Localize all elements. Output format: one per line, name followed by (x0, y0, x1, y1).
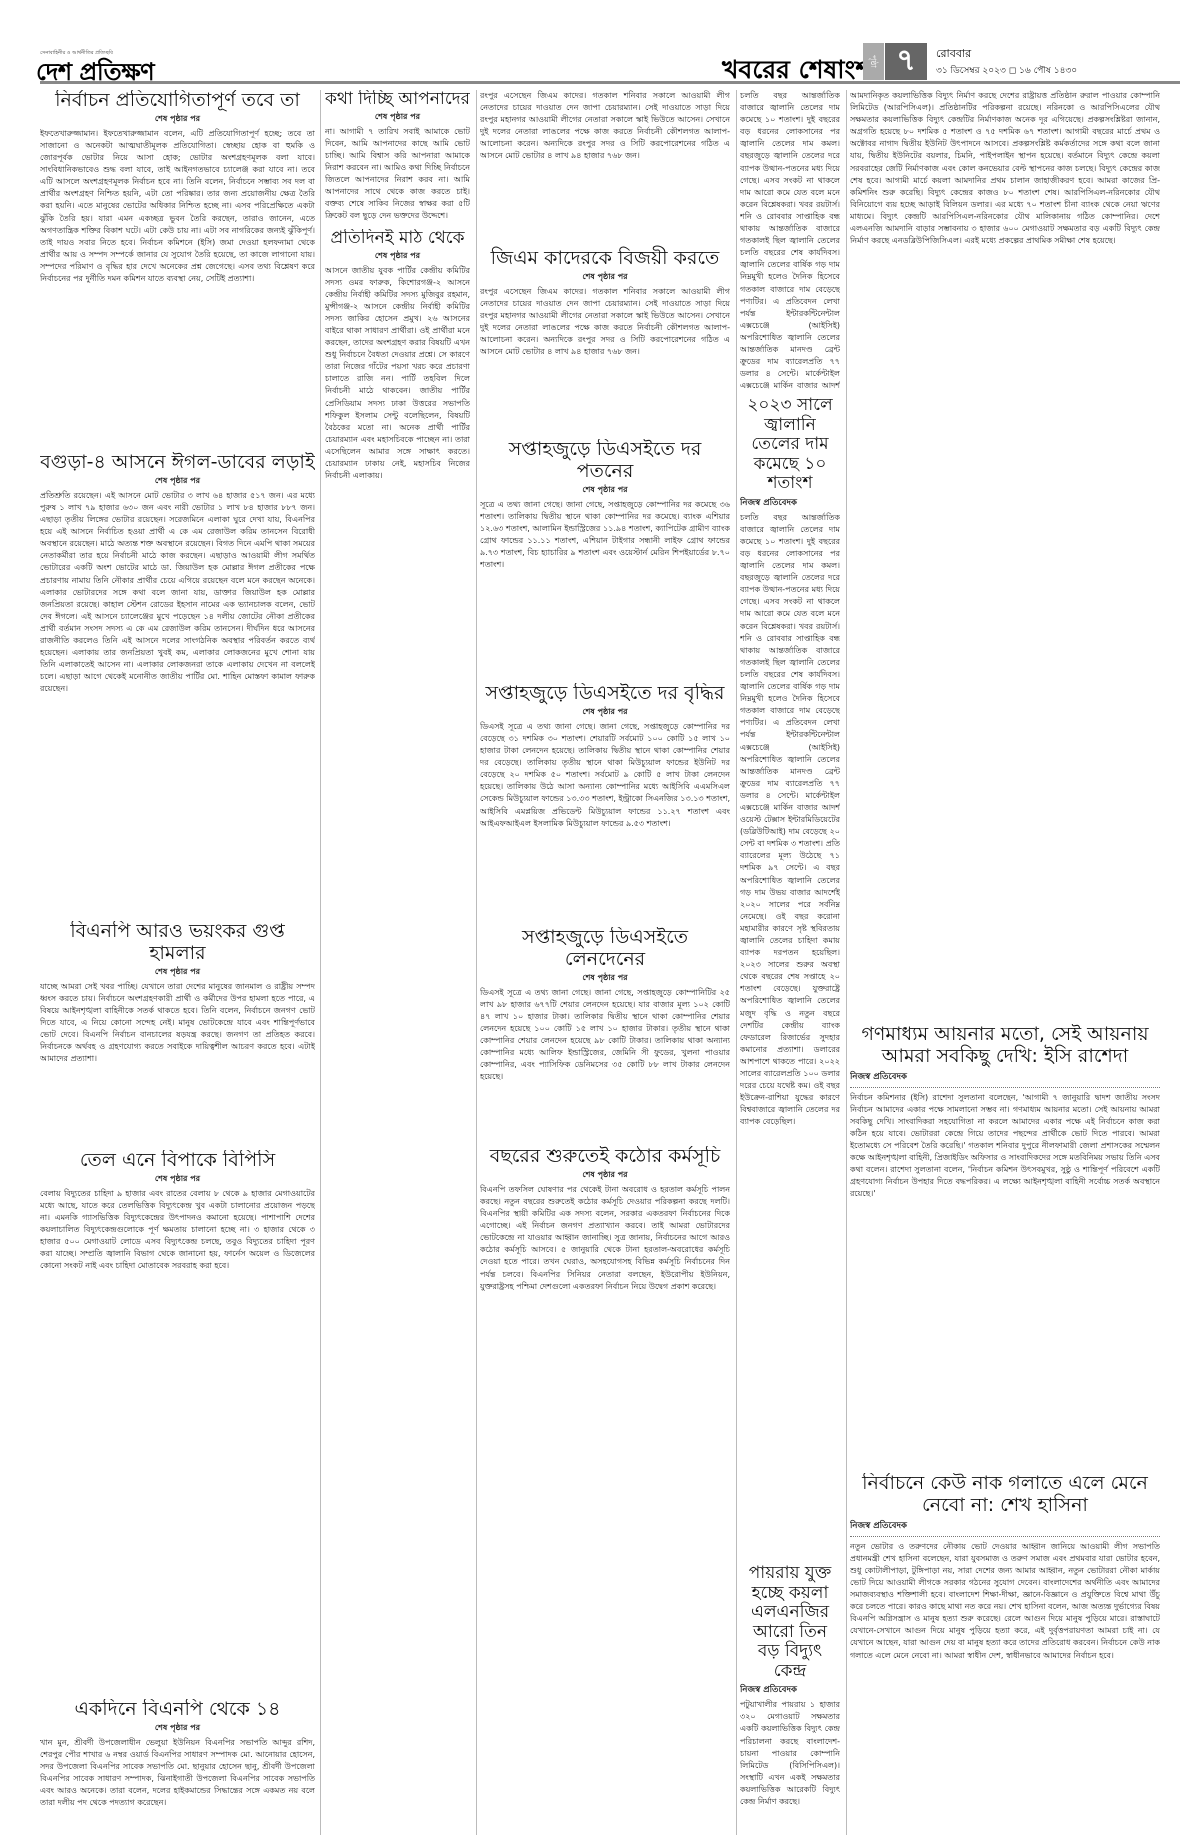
article-protidin[interactable]: প্রতিদিনই মাঠ থেকে শেষ পৃষ্ঠার পর আসনে জ… (325, 229, 470, 1829)
article-body-lead: চলতি বছর আন্তর্জাতিক বাজারে জ্বালানি তেল… (740, 90, 840, 390)
page-label: পৃষ্ঠা (863, 43, 884, 80)
dotted-divider (850, 1536, 1160, 1537)
continued-label: শেষ পৃষ্ঠার পর (325, 111, 470, 124)
column-2: কথা দিচ্ছি আপনাদের শেষ পৃষ্ঠার পর না। আগ… (325, 90, 470, 1835)
article-dse-lenden[interactable]: সপ্তাহজুড়ে ডিএসইতে লেনদেনের শেষ পৃষ্ঠার… (480, 927, 730, 1142)
headline[interactable]: একদিনে বিএনপি থেকে ১৪ (40, 1699, 315, 1721)
continued-label: শেষ পৃষ্ঠার পর (480, 271, 730, 284)
headline[interactable]: পায়রায় যুক্ত হচ্ছে কয়লা এলএনজির আরো ত… (740, 1564, 840, 1681)
headline[interactable]: বিএনপি আরও ভয়ংকর গুপ্ত হামলার (40, 921, 315, 965)
section-title: খবরের শেষাংশ (722, 50, 870, 93)
article-body: যাচ্ছে আমরা সেই খবর পাচ্ছি। যেখানে তারা … (40, 981, 315, 1066)
continued-label: শেষ পৃষ্ঠার পর (480, 706, 730, 719)
continued-label: শেষ পৃষ্ঠার পর (40, 1722, 315, 1735)
article-body: প্রতিশ্রুতি রয়েছেন। এই আসনে মোট ভোটার ৩… (40, 490, 315, 696)
page-number: ৭ (885, 43, 927, 80)
article-jalani[interactable]: চলতি বছর আন্তর্জাতিক বাজারে জ্বালানি তেল… (740, 90, 840, 1560)
publication-day: রোববার (936, 45, 971, 64)
headline[interactable]: কথা দিচ্ছি আপনাদের (325, 90, 470, 110)
article-nirbachon[interactable]: নির্বাচন প্রতিযোগিতাপূর্ণ তবে তা শেষ পৃষ… (40, 90, 315, 450)
article-body: সূত্রে এ তথ্য জানা গেছে। জানা গেছে, সপ্ত… (480, 499, 730, 572)
article-body: নতুন ভোটার ও তরুণদের নৌকায় ভোট দেওয়ার … (850, 1541, 1160, 1662)
column-divider (476, 90, 477, 1835)
column-divider (320, 90, 321, 1835)
continued-label: শেষ পৃষ্ঠার পর (480, 972, 730, 985)
headline[interactable]: সপ্তাহজুড়ে ডিএসইতে লেনদেনের (480, 927, 730, 971)
dotted-divider (850, 1087, 1160, 1088)
continued-label: শেষ পৃষ্ঠার পর (480, 484, 730, 497)
article-body: নির্বাচন কমিশনার (ইসি) রাশেদা সুলতানা বল… (850, 1092, 1160, 1201)
headline[interactable]: গণমাধ্যম আয়নার মতো, সেই আয়নায় আমরা সব… (850, 1024, 1160, 1068)
article-body: ইফতেখারুজ্জামান। ইফতেখারুজ্জামান বলেন, এ… (40, 128, 315, 285)
column-4: চলতি বছর আন্তর্জাতিক বাজারে জ্বালানি তেল… (740, 90, 840, 1835)
continued-label: শেষ পৃষ্ঠার পর (480, 1169, 730, 1182)
article-body: আসনে জাতীয় যুবক পার্টির কেন্দ্রীয় কমিট… (325, 265, 470, 483)
headline[interactable]: সপ্তাহজুড়ে ডিএসইতে দর পতনের (480, 439, 730, 483)
continued-label: শেষ পৃষ্ঠার পর (40, 113, 315, 126)
headline[interactable]: নির্বাচন প্রতিযোগিতাপূর্ণ তবে তা (40, 90, 315, 112)
article-payra-continued[interactable]: আমদানিকৃত কয়লাভিত্তিক বিদ্যুৎ নির্মাণ ক… (850, 90, 1160, 1020)
headline[interactable]: বগুড়া-৪ আসনে ঈগল-ডাবের লড়াই (40, 452, 315, 474)
newspaper-logo[interactable]: দেশ প্রতিক্ষণ (36, 54, 154, 94)
article-body-cont: রংপুর এসেছেন জিএম কাদের। গতকাল শনিবার সক… (480, 90, 730, 240)
headline[interactable]: প্রতিদিনই মাঠ থেকে (325, 229, 470, 249)
column-1: নির্বাচন প্রতিযোগিতাপূর্ণ তবে তা শেষ পৃষ… (40, 90, 315, 1835)
article-body: খান মুন, শ্রীবর্দী উপজেলাধীন ভেলুয়া ইউন… (40, 1737, 315, 1810)
article-shekh-hasina[interactable]: নির্বাচনে কেউ নাক গলাতে এলে মেনে নেবো না… (850, 1473, 1160, 1833)
article-body: পটুয়াখালীর পায়রায় ১ হাজার ৩২০ মেগাওয়… (740, 1699, 840, 1808)
article-tel[interactable]: তেল এনে বিপাকে বিপিসি শেষ পৃষ্ঠার পর বেল… (40, 1150, 315, 1695)
continued-label: শেষ পৃষ্ঠার পর (40, 966, 315, 979)
article-bogura[interactable]: বগুড়া-৪ আসনে ঈগল-ডাবের লড়াই শেষ পৃষ্ঠা… (40, 452, 315, 917)
article-body: না। আগামী ৭ তারিখ সবাই আমাকে ভোট দিবেন, … (325, 126, 470, 223)
column-divider (846, 90, 847, 1835)
headline[interactable]: বছরের শুরুতেই কঠোর কর্মসূচি (480, 1146, 730, 1168)
article-body: চলতি বছর আন্তর্জাতিক বাজারে জ্বালানি তেল… (740, 512, 840, 1129)
publication-date: ৩১ ডিসেম্বর ২০২৩ ◻ ১৬ পৌষ ১৪৩০ (936, 63, 1077, 78)
byline: নিজস্ব প্রতিবেদক (740, 1683, 840, 1697)
byline: নিজস্ব প্রতিবেদক (850, 1070, 1160, 1084)
article-kotha[interactable]: কথা দিচ্ছি আপনাদের শেষ পৃষ্ঠার পর না। আগ… (325, 90, 470, 225)
masthead: সেনাবাহিনীর ও আর্থনীতির প্রতিচ্ছবি দেশ প… (0, 0, 1200, 80)
headline[interactable]: ২০২৩ সালে জ্বালানি তেলের দাম কমেছে ১০ শত… (740, 396, 840, 494)
continued-label: শেষ পৃষ্ঠার পর (325, 250, 470, 263)
article-body: রংপুর এসেছেন জিএম কাদের। গতকাল শনিবার সক… (480, 286, 730, 359)
column-divider (736, 90, 737, 1835)
headline[interactable]: তেল এনে বিপাকে বিপিসি (40, 1150, 315, 1172)
article-dse-poton[interactable]: সপ্তাহজুড়ে ডিএসইতে দর পতনের শেষ পৃষ্ঠার… (480, 439, 730, 679)
continued-label: শেষ পৃষ্ঠার পর (40, 475, 315, 488)
article-dse-briddhi[interactable]: সপ্তাহজুড়ে ডিএসইতে দর বৃদ্ধির শেষ পৃষ্ঠ… (480, 683, 730, 923)
article-body: বেলায় বিদ্যুতের চাহিদা ৯ হাজার এবং রাতে… (40, 1188, 315, 1273)
article-jm-kader[interactable]: রংপুর এসেছেন জিএম কাদের। গতকাল শনিবার সক… (480, 90, 730, 435)
article-body: বিএনপি তফসিল ঘোষণার পর থেকেই টানা অবরোধ … (480, 1184, 730, 1293)
headline[interactable]: জিএম কাদেরকে বিজয়ী করতে (480, 248, 730, 270)
column-3: রংপুর এসেছেন জিএম কাদের। গতকাল শনিবার সক… (480, 90, 730, 1835)
article-body: ডিএসই সূত্রে এ তথ্য জানা গেছে। জানা গেছে… (480, 987, 730, 1084)
headline[interactable]: সপ্তাহজুড়ে ডিএসইতে দর বৃদ্ধির (480, 683, 730, 705)
article-body: আমদানিকৃত কয়লাভিত্তিক বিদ্যুৎ নির্মাণ ক… (850, 90, 1160, 247)
byline: নিজস্ব প্রতিবেদক (740, 496, 840, 510)
article-bnp-guptohamla[interactable]: বিএনপি আরও ভয়ংকর গুপ্ত হামলার শেষ পৃষ্ঠ… (40, 921, 315, 1146)
article-payra[interactable]: পায়রায় যুক্ত হচ্ছে কয়লা এলএনজির আরো ত… (740, 1564, 840, 1834)
article-gonomadhyom[interactable]: গণমাধ্যম আয়নার মতো, সেই আয়নায় আমরা সব… (850, 1024, 1160, 1469)
article-bochorer[interactable]: বছরের শুরুতেই কঠোর কর্মসূচি শেষ পৃষ্ঠার … (480, 1146, 730, 1826)
top-divider (40, 81, 1180, 84)
continued-label: শেষ পৃষ্ঠার পর (40, 1173, 315, 1186)
article-body: ডিএসই সূত্রে এ তথ্য জানা গেছে। জানা গেছে… (480, 721, 730, 830)
headline[interactable]: নির্বাচনে কেউ নাক গলাতে এলে মেনে নেবো না… (850, 1473, 1160, 1517)
byline: নিজস্ব প্রতিবেদক (850, 1519, 1160, 1533)
article-ekdine[interactable]: একদিনে বিএনপি থেকে ১৪ শেষ পৃষ্ঠার পর খান… (40, 1699, 315, 1829)
column-5: আমদানিকৃত কয়লাভিত্তিক বিদ্যুৎ নির্মাণ ক… (850, 90, 1160, 1835)
